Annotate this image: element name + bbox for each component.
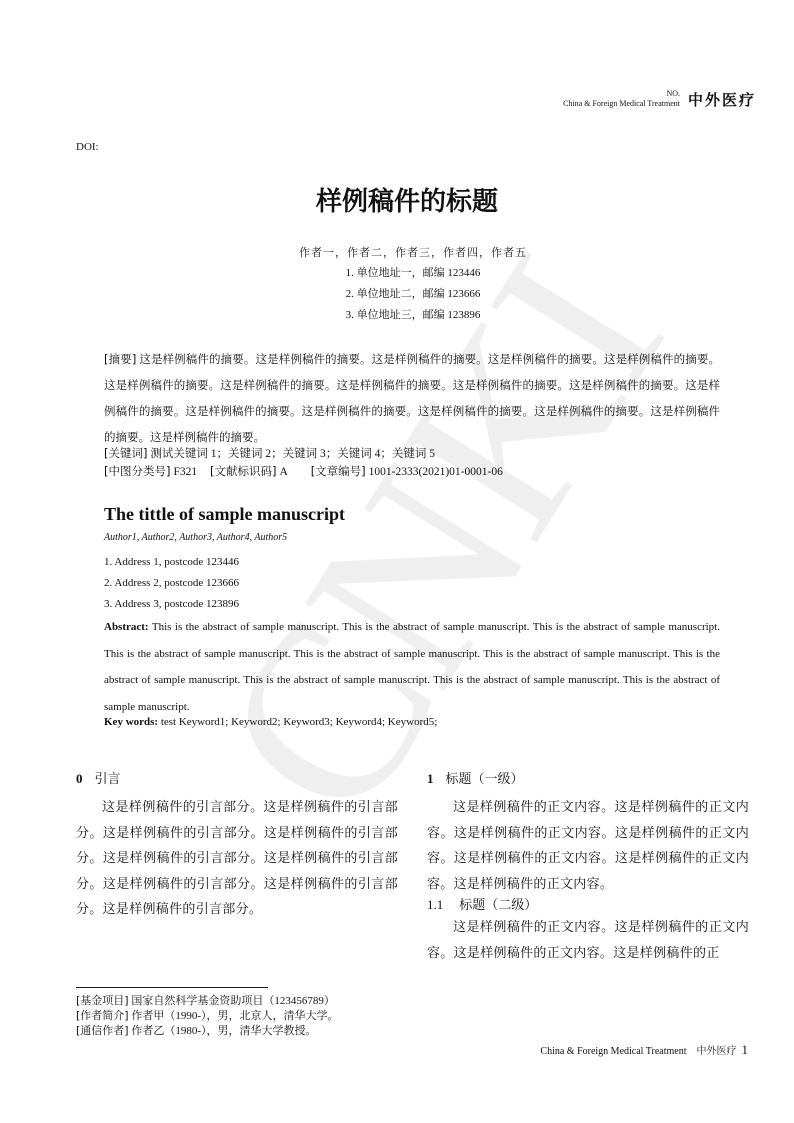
right-column: 1标题（一级） 这是样例稿件的正文内容。这是样例稿件的正文内容。这是样例稿件的正… [427,768,749,965]
section-1-paragraph: 这是样例稿件的正文内容。这是样例稿件的正文内容。这是样例稿件的正文内容。这是样例… [427,794,749,896]
section-title: 标题（一级） [446,772,524,787]
section-1-1-paragraph: 这是样例稿件的正文内容。这是样例稿件的正文内容。这是样例稿件的正文内容。这是样例… [427,914,749,965]
keywords-en-text: test Keyword1; Keyword2; Keyword3; Keywo… [161,716,437,728]
keywords-cn-text: 测试关键词 1；关键词 2；关键词 3；关键词 4；关键词 5 [150,448,435,460]
clc-label: [中图分类号] [104,464,170,478]
abstract-en-label: Abstract: [104,621,149,633]
section-heading-intro: 0引言 [76,768,398,787]
abstract-en: Abstract: This is the abstract of sample… [104,614,720,720]
subsection-number: 1.1 [427,897,443,912]
section-number: 0 [76,771,83,786]
footnote-corresponding: [通信作者] 作者乙（1980-），男，清华大学教授。 [76,1024,317,1038]
page-title-en: The tittle of sample manuscript [104,504,345,525]
footnote-text: 国家自然科学基金资助项目（123456789） [131,995,335,1007]
clc-value: F321 [173,466,197,478]
address-cn-1: 1. 单位地址一，邮编 123446 [0,264,794,280]
keywords-en-label: Key words: [104,716,158,728]
abstract-cn: [摘要] 这是样例稿件的摘要。这是样例稿件的摘要。这是样例稿件的摘要。这是样例稿… [104,346,720,451]
page-number: 1 [742,1042,749,1057]
address-en-2: 2. Address 2, postcode 123666 [104,577,239,589]
footnote-label: [通信作者] [76,1024,129,1037]
authors-en: Author1, Author2, Author3, Author4, Auth… [104,532,287,543]
footer-journal-cn: 中外医疗 [697,1046,737,1057]
keywords-cn-label: [关键词] [104,446,147,460]
intro-paragraph: 这是样例稿件的引言部分。这是样例稿件的引言部分。这是样例稿件的引言部分。这是样例… [76,794,398,922]
abstract-cn-text: 这是样例稿件的摘要。这是样例稿件的摘要。这是样例稿件的摘要。这是样例稿件的摘要。… [104,354,720,444]
article-no-label: [文章编号] [311,464,366,478]
keywords-cn: [关键词] 测试关键词 1；关键词 2；关键词 3；关键词 4；关键词 5 [104,444,720,463]
section-heading-1-1: 1.1标题（二级） [427,896,749,914]
subsection-title: 标题（二级） [459,897,537,912]
doc-code-label: [文献标识码] [210,464,276,478]
section-title: 引言 [95,772,121,787]
page: NO. China & Foreign Medical Treatment 中外… [0,0,794,1123]
article-no-value: 1001-2333(2021)01-0001-06 [369,466,503,478]
issue-label: NO. [666,89,680,98]
left-column: 0引言 这是样例稿件的引言部分。这是样例稿件的引言部分。这是样例稿件的引言部分。… [76,768,398,922]
doc-code-value: A [280,466,288,478]
address-en-3: 3. Address 3, postcode 123896 [104,598,239,610]
journal-name-en: China & Foreign Medical Treatment [563,99,680,108]
abstract-cn-label: [摘要] [104,352,136,366]
footer-journal-en: China & Foreign Medical Treatment [540,1046,686,1057]
footnote-text: 作者乙（1980-），男，清华大学教授。 [131,1025,316,1037]
footnote-label: [作者简介] [76,1009,129,1022]
footnote-funding: [基金项目] 国家自然科学基金资助项目（123456789） [76,994,335,1008]
section-heading-1: 1标题（一级） [427,768,749,787]
footnote-divider [76,987,268,988]
classification-line: [中图分类号]F321 [文献标识码]A [文章编号]1001-2333(202… [104,462,720,481]
address-cn-2: 2. 单位地址二，邮编 123666 [0,285,794,301]
address-cn-3: 3. 单位地址三，邮编 123896 [0,306,794,322]
address-en-1: 1. Address 1, postcode 123446 [104,556,239,568]
abstract-en-text: This is the abstract of sample manuscrip… [104,621,720,713]
footnote-text: 作者甲（1990-），男，北京人，清华大学。 [131,1010,338,1022]
footnote-label: [基金项目] [76,994,129,1007]
page-footer: China & Foreign Medical Treatment中外医疗1 [540,1042,748,1058]
keywords-en: Key words: test Keyword1; Keyword2; Keyw… [104,716,437,728]
page-title-cn: 样例稿件的标题 [0,181,794,218]
authors-cn: 作者一，作者二，作者三，作者四，作者五 [0,244,794,260]
journal-name-cn: 中外医疗 [688,89,756,110]
doi-label: DOI: [76,141,99,153]
footnote-author-bio: [作者简介] 作者甲（1990-），男，北京人，清华大学。 [76,1009,339,1023]
section-number: 1 [427,771,434,786]
